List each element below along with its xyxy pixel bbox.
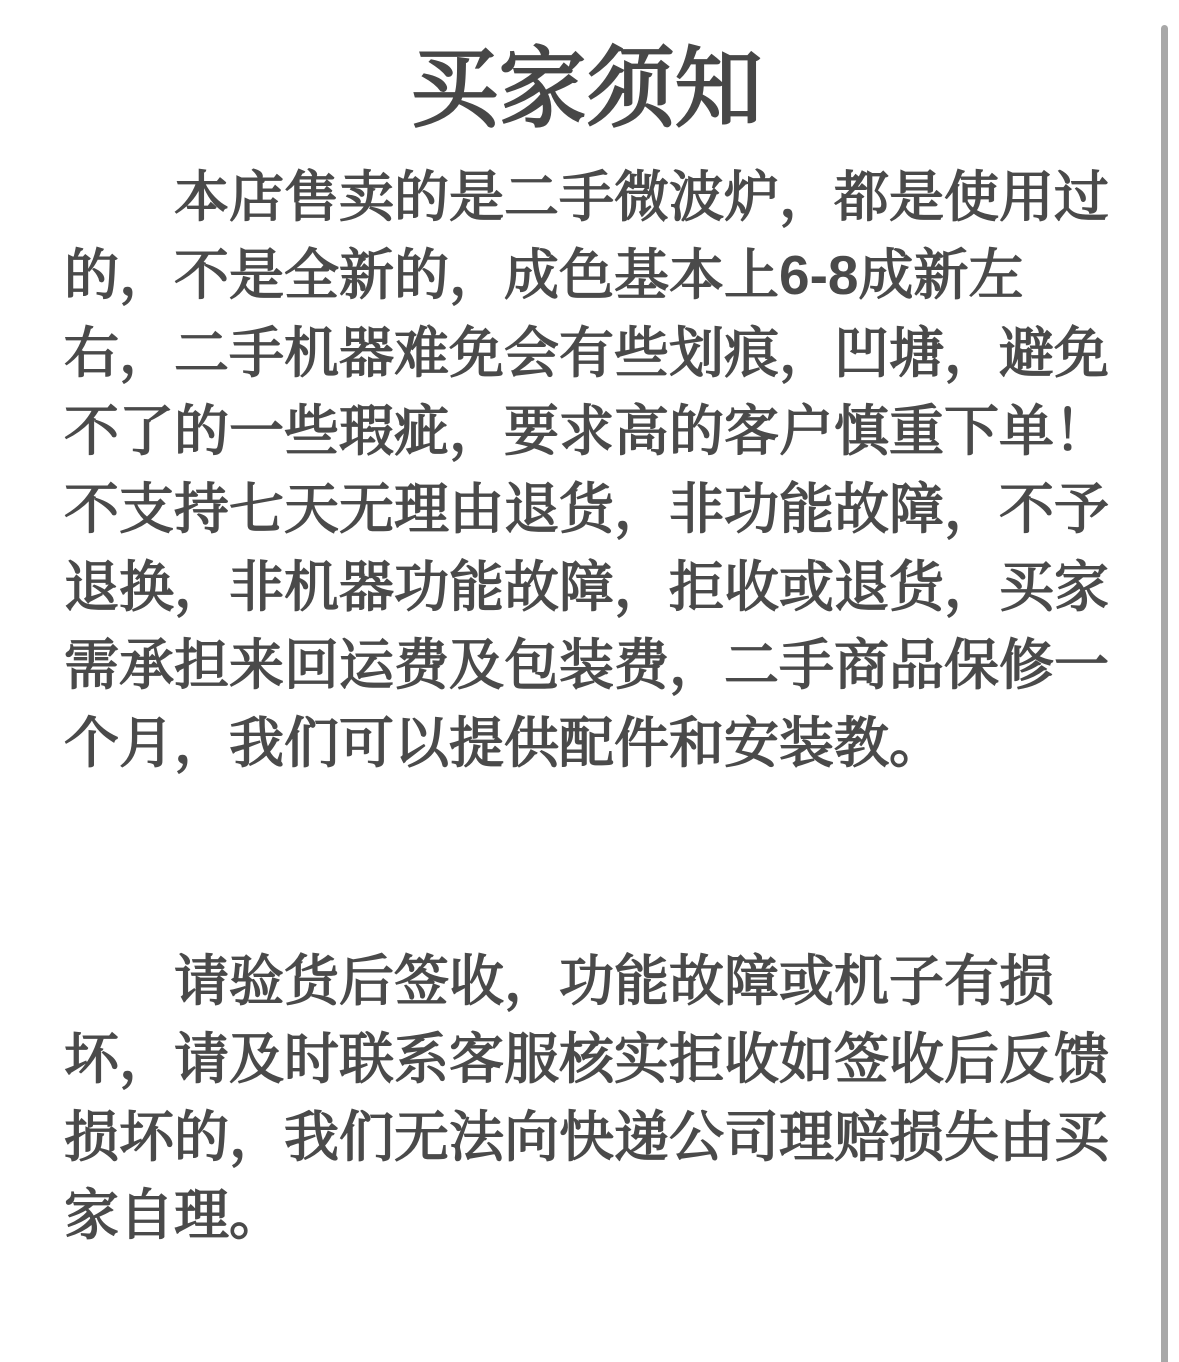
notice-paragraph-inspection: 请验货后签收，功能故障或机子有损坏，请及时联系客服核实拒收如签收后反馈损坏的，我… [64, 942, 1109, 1254]
buyer-notice-page: 买家须知 本店售卖的是二手微波炉，都是使用过的，不是全新的，成色基本上6-8成新… [0, 0, 1179, 1362]
page-title: 买家须知 [64, 28, 1109, 150]
notice-paragraph-condition: 本店售卖的是二手微波炉，都是使用过的，不是全新的，成色基本上6-8成新左右，二手… [64, 158, 1109, 782]
scrollbar-thumb[interactable] [1161, 25, 1168, 1362]
notice-content: 买家须知 本店售卖的是二手微波炉，都是使用过的，不是全新的，成色基本上6-8成新… [64, 28, 1109, 1254]
